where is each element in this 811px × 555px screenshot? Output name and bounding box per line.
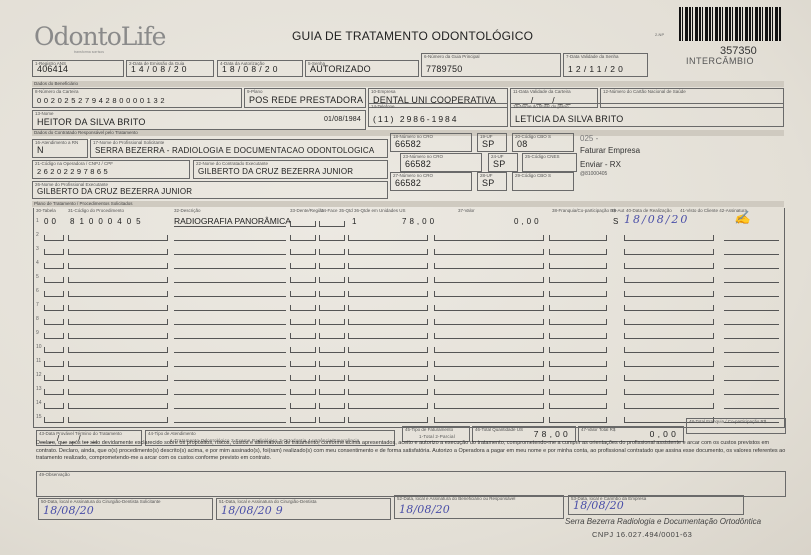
tabela-value: 00 <box>44 217 59 226</box>
qtd-us-value: 78,00 <box>402 217 437 226</box>
procedure-row[interactable]: 12 <box>34 369 786 383</box>
guia-principal-field[interactable]: 6-Número da Guia Principal 7789750 <box>421 53 561 77</box>
uf-contratado-field[interactable]: 24-UF SP <box>488 153 518 172</box>
procedure-row[interactable]: 11 <box>34 355 786 369</box>
procedure-row[interactable]: 10 <box>34 341 786 355</box>
profissional-executante-field[interactable]: 26-Nome do Profissional Executante GILBE… <box>32 181 388 199</box>
descricao-value: RADIOGRAFIA PANORÂMICA <box>174 216 291 226</box>
side-note-code: 025 - <box>580 134 598 143</box>
section-beneficiario: Dados do Beneficiário <box>32 81 784 87</box>
cnes-field[interactable]: 25-Código CNES <box>522 153 577 172</box>
cro-executante-field[interactable]: 27-Número no CRO 66582 <box>390 172 472 191</box>
procedure-row[interactable]: 14 <box>34 397 786 411</box>
company-stamp-name: Serra Bezerra Radiologia e Documentação … <box>565 517 761 526</box>
procedure-row[interactable]: 9 <box>34 327 786 341</box>
procedure-row[interactable]: 15 <box>34 411 786 425</box>
procedure-row[interactable]: 3 <box>34 243 786 257</box>
registro-ans-field[interactable]: 1-Registro ANS 406414 <box>32 60 124 77</box>
odontolife-logo: OdontoLife <box>34 22 165 51</box>
barcode-label: 2-NP <box>655 32 664 37</box>
procedure-row[interactable]: 1 00 81000405 RADIOGRAFIA PANORÂMICA 1 7… <box>34 215 786 229</box>
procedure-row[interactable]: 8 <box>34 313 786 327</box>
procedures-table: 30-Tabela 31-Código do Procedimento 32-D… <box>33 208 785 428</box>
data-autorizacao-field[interactable]: 4-Data da Autorização 18/08/20 <box>217 60 303 77</box>
codigo-operadora-field[interactable]: 21-Código na Operadora / CNPJ / CPF 2 6 … <box>32 160 190 179</box>
codigo-value: 81000405 <box>70 217 146 226</box>
plano-field[interactable]: 9-Plano POS REDE PRESTADORA <box>244 88 366 108</box>
assinatura-solicitante-field[interactable]: 50-Data, local e Assinatura do Cirurgião… <box>38 498 213 520</box>
assinatura-dentista-field[interactable]: 51-Data, local e Assinatura do Cirurgião… <box>216 498 391 520</box>
cbos-executante-field[interactable]: 29-Código CBO S <box>512 172 574 191</box>
procedure-row[interactable]: 6 <box>34 285 786 299</box>
cbos-field[interactable]: 20-Código CBO S 08 <box>512 133 574 152</box>
company-stamp-cnpj: CNPJ 16.027.494/0001-63 <box>592 530 692 539</box>
data-realizacao-value: 18/08/20 <box>624 213 689 226</box>
data-emissao-field[interactable]: 2-Data de Emissão da Guia 14/08/20 <box>126 60 214 77</box>
contratado-executante-field[interactable]: 22-Nome do Contratado Executante GILBERT… <box>193 160 388 179</box>
treatment-guide-form: OdontoLife transforma sorrisos GUIA DE T… <box>0 0 811 555</box>
cro-solicitante-field[interactable]: 18-Número no CRO 66582 <box>390 133 472 152</box>
page-title: GUIA DE TRATAMENTO ODONTOLÓGICO <box>292 29 533 43</box>
qtd-value: 1 <box>352 217 356 226</box>
cro-contratado-field[interactable]: 23-Número no CRO 66582 <box>400 153 482 172</box>
uf-executante-field[interactable]: 28-UF SP <box>477 172 507 191</box>
titular-field[interactable]: 15-Nome do titular do plano LETICIA DA S… <box>510 103 784 127</box>
total-franquia-field[interactable]: 48-Total Franquia / Co-participação R$ <box>686 418 786 434</box>
side-note-ref: @81000405 <box>580 171 607 177</box>
procedure-row[interactable]: 7 <box>34 299 786 313</box>
assinatura-beneficiario-field[interactable]: 52-Data, local e Assinatura do Beneficiá… <box>394 495 564 519</box>
procedure-row[interactable]: 2 <box>34 229 786 243</box>
aut-value: S <box>613 217 618 226</box>
barcode-icon <box>679 7 781 41</box>
logo-tagline: transforma sorrisos <box>74 50 104 54</box>
side-note-enviar: Enviar - RX <box>580 160 621 169</box>
telefone-field[interactable]: 14-Telefone (11) 2986-1984 <box>368 103 508 127</box>
carimbo-empresa-field[interactable]: 53-Data, local e Carimbo da Empresa 18/0… <box>568 495 744 515</box>
senha-field[interactable]: 5-Senha AUTORIZADO <box>305 60 419 77</box>
declaration-text: Declaro, que após ter sido devidamente e… <box>36 440 786 463</box>
section-procedures: Plano de Tratamento / Procedimentos Soli… <box>32 201 784 207</box>
nome-field[interactable]: 13-Nome HEITOR DA SILVA BRITO 01/08/1984 <box>32 110 366 130</box>
procedure-row[interactable]: 13 <box>34 383 786 397</box>
observacao-field[interactable]: 49-Observação <box>36 471 786 497</box>
validade-senha-field[interactable]: 7-Data Validade da Senha 12/11/20 <box>563 53 648 77</box>
profissional-solicitante-field[interactable]: 17-Nome do Profissional Solicitante SERR… <box>90 139 388 158</box>
guide-type: INTERCÂMBIO <box>686 56 754 66</box>
side-note-faturar: Faturar Empresa <box>580 146 640 155</box>
atendimento-rn-field[interactable]: 16-Atendimento a RN N <box>32 139 88 158</box>
birth-date: 01/08/1984 <box>324 116 361 123</box>
signature-icon: ✍ <box>734 211 750 226</box>
valor-value: 0,00 <box>514 217 542 226</box>
carteira-field[interactable]: 8-Número da Carteira 0 0 2 0 2 5 2 7 9 4… <box>32 88 242 108</box>
uf-solicitante-field[interactable]: 19-UF SP <box>477 133 507 152</box>
procedure-row[interactable]: 5 <box>34 271 786 285</box>
procedure-row[interactable]: 4 <box>34 257 786 271</box>
